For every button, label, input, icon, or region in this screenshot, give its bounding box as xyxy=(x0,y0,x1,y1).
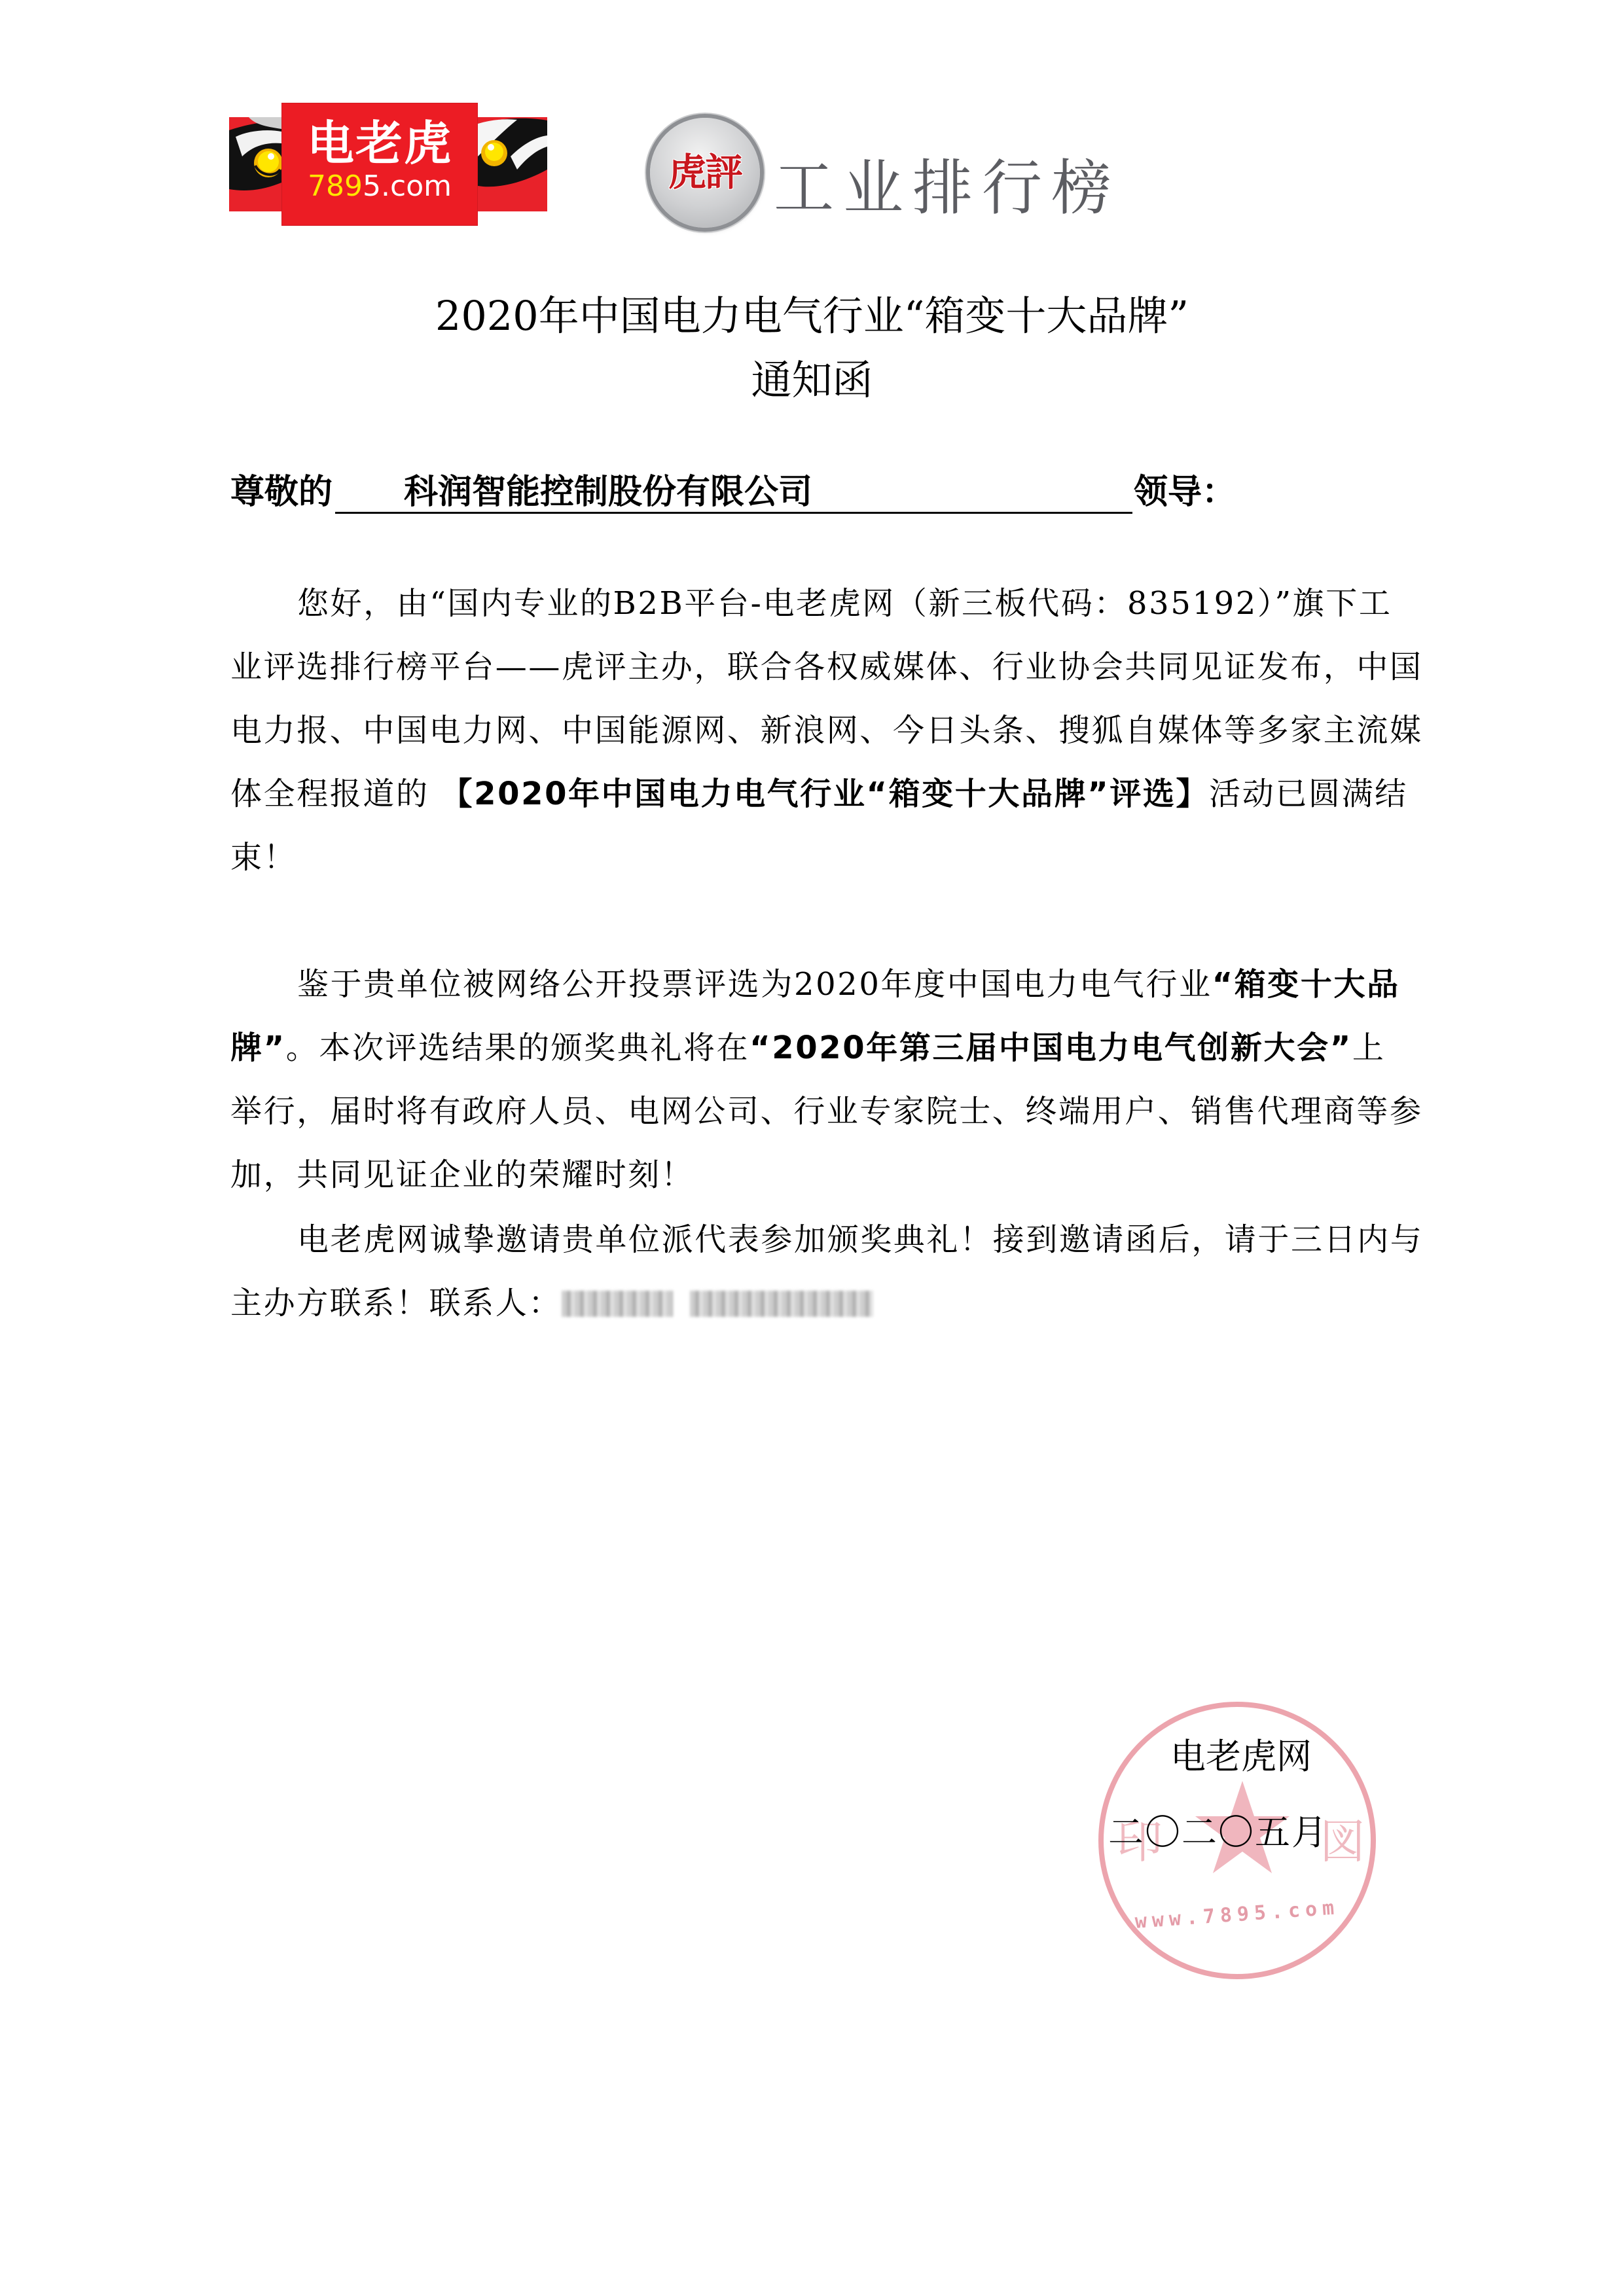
line-text: 鉴于贵单位被网络公开投票评选为2020年度中国电力电气行业 xyxy=(297,966,1212,1003)
paragraph-line: 牌”。本次评选结果的颁奖典礼将在“2020年第三届中国电力电气创新大会”上 xyxy=(230,1016,1402,1080)
dianlaohu-logo-badge: 电老虎 7895.com xyxy=(281,103,478,226)
paragraph-line: 主办方联系！联系人： xyxy=(230,1272,1402,1335)
hupíng-emblem-icon: 虎評 xyxy=(650,118,760,228)
paragraph-line: 加，共同见证企业的荣耀时刻！ xyxy=(230,1143,1402,1207)
paragraph-line: 业评选排行榜平台——虎评主办，联合各权威媒体、行业协会共同见证发布，中国 xyxy=(230,636,1402,699)
salutation-prefix: 尊敬的 xyxy=(230,469,333,516)
award-name-bold: 牌” xyxy=(230,1030,286,1066)
line-text: 上 xyxy=(1352,1030,1386,1066)
paragraph-invitation: 电老虎网诚挚邀请贵单位派代表参加颁奖典礼！接到邀请函后，请于三日内与 主办方联系… xyxy=(230,1208,1402,1335)
redacted-contact-phone xyxy=(690,1291,873,1317)
signature-date: 二〇二〇五月 xyxy=(1108,1809,1328,1856)
paragraph-announcement: 您好，由“国内专业的B2B平台-电老虎网（新三板代码：835192）”旗下工 业… xyxy=(230,572,1402,889)
paragraph-line: 电力报、中国电力网、中国能源网、新浪网、今日头条、搜狐自媒体等多家主流媒 xyxy=(230,699,1402,762)
paragraph-line: 举行，届时将有政府人员、电网公司、行业专家院士、终端用户、销售代理商等参 xyxy=(230,1080,1402,1143)
paragraph-line: 束！ xyxy=(230,826,1402,889)
line-text: 活动已圆满结 xyxy=(1209,776,1408,812)
seal-url-text: www.7895.com xyxy=(1103,1894,1371,1935)
logo-url-highlight: 789 xyxy=(308,170,363,203)
line-text: 体全程报道的 xyxy=(230,776,441,812)
line-text: 。本次评选结果的颁奖典礼将在 xyxy=(286,1030,749,1066)
paragraph-line: 电老虎网诚挚邀请贵单位派代表参加颁奖典礼！接到邀请函后，请于三日内与 xyxy=(230,1208,1402,1272)
paragraph-line: 体全程报道的 【2020年中国电力电气行业“箱变十大品牌”评选】活动已圆满结 xyxy=(230,762,1402,826)
emblem-text: 虎評 xyxy=(650,151,760,194)
conference-name-bold: “2020年第三届中国电力电气创新大会” xyxy=(749,1030,1352,1066)
industry-ranking-logo-title: 工业排行榜 xyxy=(774,156,1121,221)
line-text: 主办方联系！联系人： xyxy=(230,1285,562,1321)
redacted-contact-name xyxy=(562,1291,673,1317)
event-name-bold: 【2020年中国电力电气行业“箱变十大品牌”评选】 xyxy=(441,776,1209,812)
salutation-suffix: 领导： xyxy=(1134,469,1236,516)
logo-brand-url: 7895.com xyxy=(281,170,478,204)
paragraph-line: 您好，由“国内专业的B2B平台-电老虎网（新三板代码：835192）”旗下工 xyxy=(230,572,1402,636)
paragraph-award: 鉴于贵单位被网络公开投票评选为2020年度中国电力电气行业“箱变十大品 牌”。本… xyxy=(230,953,1402,1207)
recipient-company: 科润智能控制股份有限公司 xyxy=(404,469,812,516)
document-title: 2020年中国电力电气行业“箱变十大品牌” xyxy=(0,288,1624,344)
logo-brand-name: 电老虎 xyxy=(281,117,478,170)
signature-organization: 电老虎网 xyxy=(1170,1733,1312,1780)
dianlaohu-logo: 电老虎 7895.com xyxy=(229,103,547,226)
document-subtitle: 通知函 xyxy=(0,352,1624,408)
paragraph-line: 鉴于贵单位被网络公开投票评选为2020年度中国电力电气行业“箱变十大品 xyxy=(230,953,1402,1016)
award-name-bold: “箱变十大品 xyxy=(1212,966,1400,1003)
logo-url-rest: 5.com xyxy=(363,170,452,203)
